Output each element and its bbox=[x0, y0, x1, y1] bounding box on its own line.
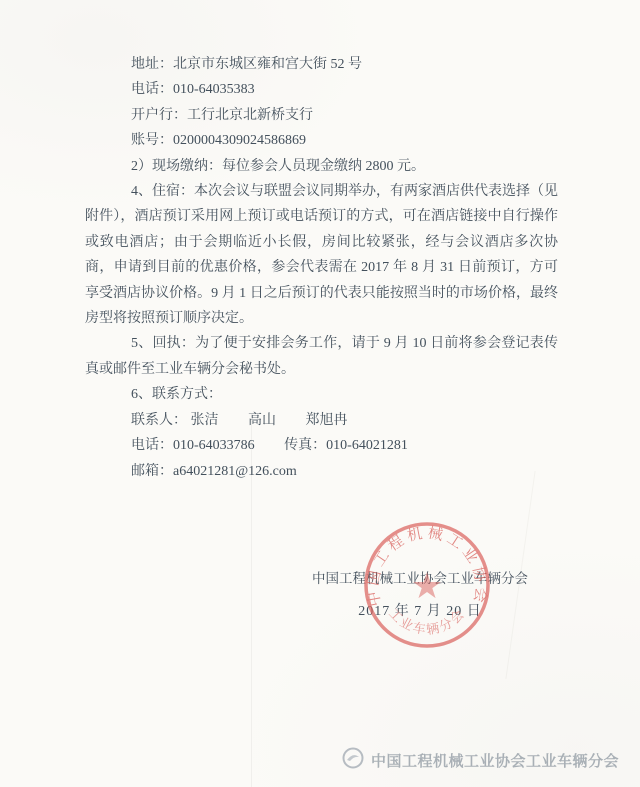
watermark-footer: 中国工程机械工业协会工业车辆分会 bbox=[341, 746, 619, 775]
bank-phone-line: 电话：010-64035383 bbox=[85, 77, 558, 102]
contact-phone: 电话：010-64033786 bbox=[131, 438, 255, 453]
contact-heading: 6、联系方式： bbox=[85, 382, 558, 407]
accommodation-paragraph: 4、住宿：本次会议与联盟会议同期举办，有两家酒店供代表选择（见附件），酒店预订采… bbox=[85, 179, 558, 331]
signature-block: 中国工程机械工业协会工业车辆分会 2017 年 7 月 20 日 bbox=[280, 567, 560, 620]
document-body: 地址：北京市东城区雍和宫大街 52 号 电话：010-64035383 开户行：… bbox=[85, 52, 558, 484]
contact-name: 郑旭冉 bbox=[306, 413, 348, 428]
scanned-letter-page: 地址：北京市东城区雍和宫大街 52 号 电话：010-64035383 开户行：… bbox=[0, 0, 640, 787]
contact-phone-fax-line: 电话：010-64033786 传真：010-64021281 bbox=[85, 433, 558, 458]
contact-persons-line: 联系人： 张洁 高山 郑旭冉 bbox=[85, 408, 558, 433]
scan-crease bbox=[251, 420, 252, 787]
contact-name: 高山 bbox=[248, 413, 276, 428]
bank-account-line: 账号：0200004309024586869 bbox=[85, 128, 558, 153]
contact-fax: 传真：010-64021281 bbox=[284, 438, 408, 453]
contact-email-line: 邮箱：a64021281@126.com bbox=[85, 459, 558, 484]
bank-branch-line: 开户行：工行北京北新桥支行 bbox=[85, 103, 558, 128]
association-logo-icon bbox=[341, 746, 365, 775]
signature-date: 2017 年 7 月 20 日 bbox=[280, 600, 560, 620]
receipt-paragraph: 5、回执：为了便于安排会务工作，请于 9 月 10 日前将参会登记表传真或邮件至… bbox=[85, 331, 558, 382]
onsite-payment-line: 2）现场缴纳：每位参会人员现金缴纳 2800 元。 bbox=[85, 154, 558, 179]
footer-organization-name: 中国工程机械工业协会工业车辆分会 bbox=[371, 750, 619, 771]
contact-name: 张洁 bbox=[191, 413, 219, 428]
address-line: 地址：北京市东城区雍和宫大街 52 号 bbox=[85, 52, 558, 77]
contact-person-label: 联系人： bbox=[131, 413, 187, 428]
signature-organization: 中国工程机械工业协会工业车辆分会 bbox=[280, 567, 560, 587]
